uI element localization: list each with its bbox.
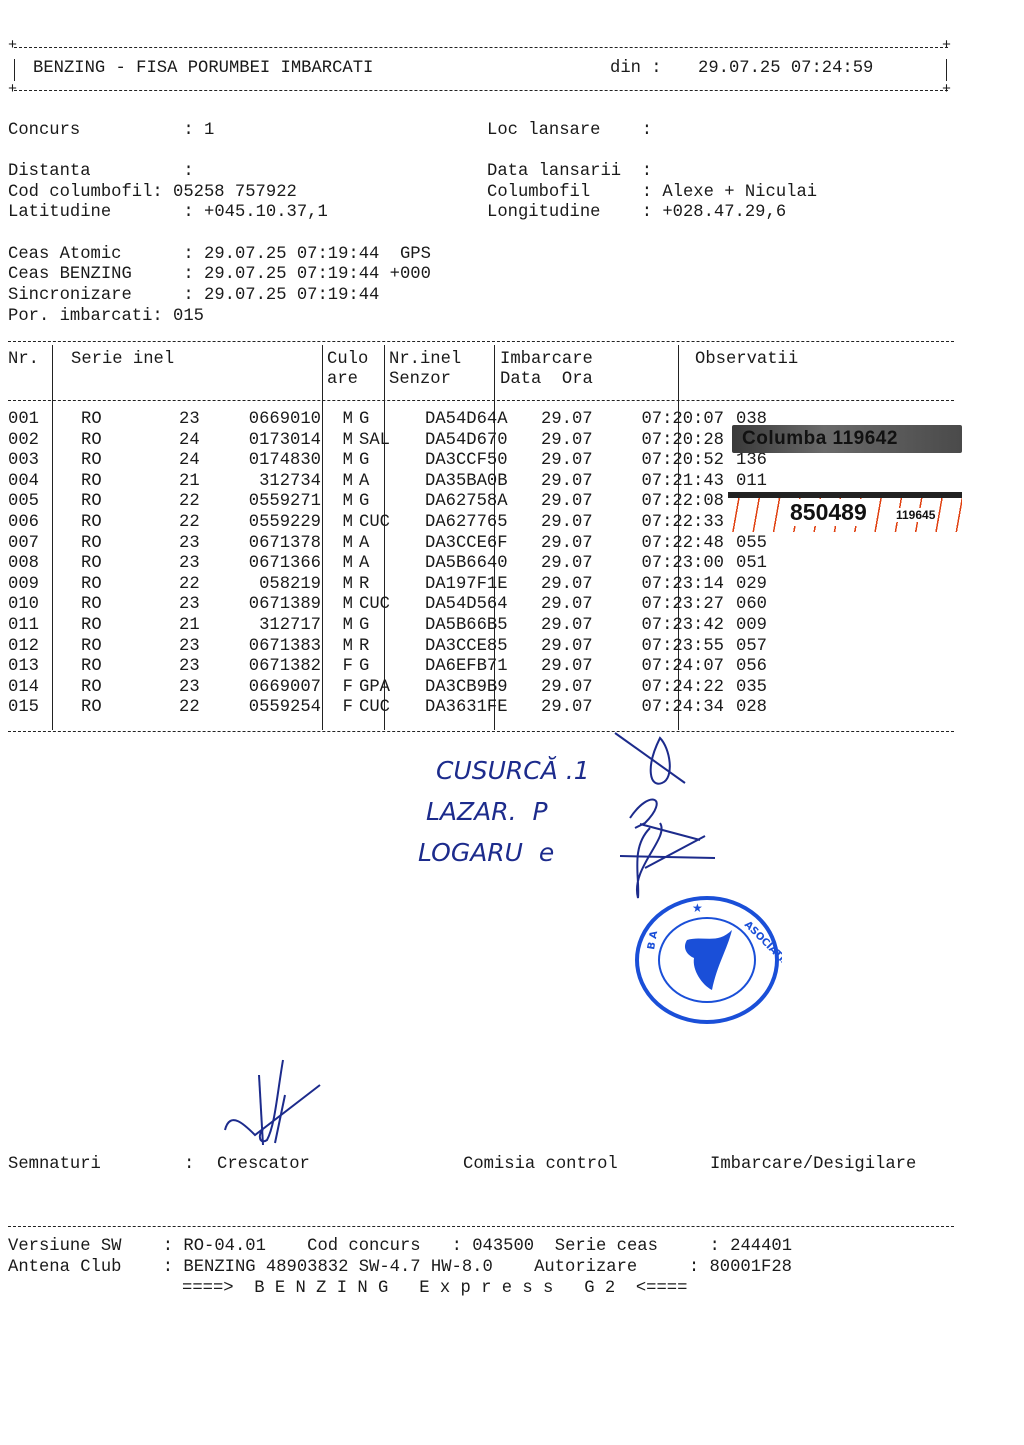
cell-country: RO (55, 472, 179, 493)
table-row: 013RO230671382FGDA6EFB7129.0707:24:07056 (8, 657, 786, 678)
footer-separator (8, 1226, 954, 1227)
cell-year: 21 (179, 616, 209, 637)
handwritten-line-3: LOGARU e (418, 838, 554, 867)
cell-ring: 0671378 (209, 534, 321, 555)
cell-ring: 312734 (209, 472, 321, 493)
cell-date: 29.07 (535, 637, 614, 658)
info-columbofil: Columbofil : Alexe + Niculai (487, 183, 817, 204)
col-header-observatii: Observatii (695, 350, 798, 371)
cell-country: RO (55, 657, 179, 678)
cell-time: 07:20:28 (614, 431, 730, 452)
cell-obs: 136 (730, 451, 786, 472)
cell-nr: 014 (8, 678, 55, 699)
cell-nr: 006 (8, 513, 55, 534)
cell-nr: 004 (8, 472, 55, 493)
cell-year: 23 (179, 657, 209, 678)
cell-color: CUC (353, 513, 421, 534)
cell-year: 21 (179, 472, 209, 493)
footer-version-row: Versiune SW : RO-04.01 Cod concurs : 043… (8, 1237, 792, 1258)
cell-country: RO (55, 534, 179, 555)
cell-obs: 035 (730, 678, 786, 699)
cell-ring: 0671382 (209, 657, 321, 678)
cell-date: 29.07 (535, 492, 614, 513)
signature-crescator-label: Crescator (217, 1155, 310, 1176)
crescator-signature-icon (215, 1055, 335, 1155)
cell-nr: 005 (8, 492, 55, 513)
header-corner: + (8, 41, 17, 51)
cell-color: A (353, 554, 421, 575)
seal-sticker-2-main: 850489 (790, 499, 867, 526)
handwritten-signatures-icon (590, 728, 730, 908)
header-corner: + (942, 41, 951, 51)
cell-nr: 002 (8, 431, 55, 452)
table-row: 012RO230671383MRDA3CCE8529.0707:23:55057 (8, 637, 786, 658)
cell-ring: 0669007 (209, 678, 321, 699)
cell-sensor: DA627765 (421, 513, 535, 534)
cell-ring: 0173014 (209, 431, 321, 452)
cell-color: G (353, 492, 421, 513)
cell-date: 29.07 (535, 472, 614, 493)
header-top-border (14, 47, 948, 48)
cell-time: 07:20:52 (614, 451, 730, 472)
cell-color: A (353, 472, 421, 493)
cell-ring: 0174830 (209, 451, 321, 472)
col-header-culoare: Culo (327, 350, 368, 371)
table-row: 015RO220559254FCUCDA3631FE29.0707:24:340… (8, 698, 786, 719)
cell-obs: 051 (730, 554, 786, 575)
clock-atomic: Ceas Atomic : 29.07.25 07:19:44 GPS (8, 245, 431, 266)
print-date-label: din : (610, 59, 662, 80)
seal-sticker-2: 850489 119645 (728, 492, 962, 532)
cell-sex: M (321, 554, 353, 575)
col-header-senzor: Nr.inel (389, 350, 461, 371)
cell-year: 22 (179, 698, 209, 719)
info-cod-columbofil: Cod columbofil: 05258 757922 (8, 183, 297, 204)
cell-sex: M (321, 595, 353, 616)
cell-ring: 312717 (209, 616, 321, 637)
cell-time: 07:23:14 (614, 575, 730, 596)
handwritten-line-2: LAZAR. P (426, 797, 548, 826)
cell-time: 07:22:48 (614, 534, 730, 555)
document-title: BENZING - FISA PORUMBEI IMBARCATI (33, 59, 373, 80)
cell-sensor: DA3CB9B9 (421, 678, 535, 699)
cell-year: 22 (179, 575, 209, 596)
cell-date: 29.07 (535, 534, 614, 555)
cell-year: 24 (179, 431, 209, 452)
col-header-imbarcare: Imbarcare (500, 350, 593, 371)
signature-imbarcare-label: Imbarcare/Desigilare (710, 1155, 916, 1176)
table-row: 003RO240174830MGDA3CCF5029.0707:20:52136 (8, 451, 786, 472)
table-row: 008RO230671366MADA5B664029.0707:23:00051 (8, 554, 786, 575)
cell-ring: 0559271 (209, 492, 321, 513)
cell-sensor: DA6EFB71 (421, 657, 535, 678)
cell-sex: M (321, 431, 353, 452)
cell-sensor: DA62758A (421, 492, 535, 513)
cell-sensor: DA197F1E (421, 575, 535, 596)
cell-country: RO (55, 451, 179, 472)
cell-sensor: DA3CCE85 (421, 637, 535, 658)
cell-date: 29.07 (535, 575, 614, 596)
seal-sticker-1-text: Columba 119642 (742, 428, 898, 450)
cell-obs: 028 (730, 698, 786, 719)
cell-sex: M (321, 492, 353, 513)
cell-obs: 009 (730, 616, 786, 637)
table-row: 006RO220559229MCUCDA62776529.0707:22:330… (8, 513, 786, 534)
cell-sensor: DA54D670 (421, 431, 535, 452)
info-latitudine: Latitudine : +045.10.37,1 (8, 203, 328, 224)
info-loc-lansare: Loc lansare : (487, 121, 662, 142)
cell-date: 29.07 (535, 698, 614, 719)
cell-nr: 009 (8, 575, 55, 596)
cell-obs: 060 (730, 595, 786, 616)
cell-sex: M (321, 472, 353, 493)
cell-obs: 055 (730, 534, 786, 555)
cell-sensor: DA3631FE (421, 698, 535, 719)
clock-sincronizare: Sincronizare : 29.07.25 07:19:44 (8, 286, 379, 307)
cell-color: R (353, 575, 421, 596)
svg-text:B A: B A (646, 930, 660, 951)
cell-year: 24 (179, 451, 209, 472)
cell-ring: 0559254 (209, 698, 321, 719)
cell-color: SAL (353, 431, 421, 452)
cell-nr: 003 (8, 451, 55, 472)
table-header-separator (8, 400, 954, 401)
handwritten-line-1: CUSURCĂ .1 (436, 756, 590, 785)
cell-sex: M (321, 575, 353, 596)
table-top-border (8, 341, 954, 342)
info-distanta: Distanta : (8, 162, 204, 183)
signature-comisia-label: Comisia control (463, 1155, 618, 1176)
cell-country: RO (55, 513, 179, 534)
cell-sex: M (321, 637, 353, 658)
info-longitudine: Longitudine : +028.47.29,6 (487, 203, 786, 224)
cell-ring: 0559229 (209, 513, 321, 534)
cell-date: 29.07 (535, 657, 614, 678)
cell-sensor: DA54D64A (421, 410, 535, 431)
cell-time: 07:20:07 (614, 410, 730, 431)
cell-date: 29.07 (535, 616, 614, 637)
cell-sensor: DA3CCE6F (421, 534, 535, 555)
cell-ring: 0671366 (209, 554, 321, 575)
cell-country: RO (55, 431, 179, 452)
cell-sensor: DA3CCF50 (421, 451, 535, 472)
cell-color: CUC (353, 595, 421, 616)
signatures-label: Semnaturi (8, 1155, 101, 1176)
header-bottom-border (14, 90, 948, 91)
col-header-serie: Serie inel (71, 350, 174, 371)
cell-color: G (353, 451, 421, 472)
cell-nr: 015 (8, 698, 55, 719)
cell-nr: 010 (8, 595, 55, 616)
pigeon-table: 001RO230669010MGDA54D64A29.0707:20:07038… (8, 410, 786, 719)
cell-sensor: DA35BA0B (421, 472, 535, 493)
cell-country: RO (55, 575, 179, 596)
cell-date: 29.07 (535, 554, 614, 575)
cell-sex: F (321, 657, 353, 678)
cell-time: 07:23:27 (614, 595, 730, 616)
cell-country: RO (55, 616, 179, 637)
cell-nr: 007 (8, 534, 55, 555)
cell-time: 07:24:22 (614, 678, 730, 699)
print-date-value: 29.07.25 07:24:59 (698, 59, 873, 80)
cell-nr: 012 (8, 637, 55, 658)
table-bottom-border (8, 731, 954, 732)
cell-date: 29.07 (535, 678, 614, 699)
cell-ring: 0671383 (209, 637, 321, 658)
cell-sex: M (321, 616, 353, 637)
cell-year: 23 (179, 595, 209, 616)
cell-time: 07:24:34 (614, 698, 730, 719)
cell-color: G (353, 616, 421, 637)
clock-benzing: Ceas BENZING : 29.07.25 07:19:44 +000 (8, 265, 431, 286)
cell-nr: 013 (8, 657, 55, 678)
col-header-senzor-2: Senzor (389, 370, 451, 391)
cell-sex: M (321, 534, 353, 555)
table-row: 011RO21312717MGDA5B66B529.0707:23:42009 (8, 616, 786, 637)
cell-country: RO (55, 595, 179, 616)
cell-ring: 0669010 (209, 410, 321, 431)
cell-country: RO (55, 554, 179, 575)
cell-year: 23 (179, 637, 209, 658)
cell-color: G (353, 657, 421, 678)
cell-country: RO (55, 698, 179, 719)
cell-year: 22 (179, 492, 209, 513)
table-row: 014RO230669007FGPADA3CB9B929.0707:24:220… (8, 678, 786, 699)
cell-sex: F (321, 678, 353, 699)
cell-sex: M (321, 410, 353, 431)
seal-sticker-2-sub: 119645 (896, 508, 935, 522)
cell-time: 07:24:07 (614, 657, 730, 678)
cell-time: 07:23:00 (614, 554, 730, 575)
cell-time: 07:22:33 (614, 513, 730, 534)
info-concurs: Concurs : 1 (8, 121, 214, 142)
cell-time: 07:23:42 (614, 616, 730, 637)
cell-date: 29.07 (535, 431, 614, 452)
cell-nr: 011 (8, 616, 55, 637)
footer-banner: ====> B E N Z I N G E x p r e s s G 2 <=… (182, 1279, 687, 1300)
svg-text:★: ★ (692, 901, 703, 915)
cell-sex: M (321, 451, 353, 472)
info-data-lansarii: Data lansarii : (487, 162, 662, 183)
table-row: 001RO230669010MGDA54D64A29.0707:20:07038 (8, 410, 786, 431)
table-row: 004RO21312734MADA35BA0B29.0707:21:43011 (8, 472, 786, 493)
cell-sensor: DA54D564 (421, 595, 535, 616)
cell-time: 07:21:43 (614, 472, 730, 493)
cell-year: 23 (179, 678, 209, 699)
cell-date: 29.07 (535, 513, 614, 534)
cell-obs: 056 (730, 657, 786, 678)
pigeons-boarded: Por. imbarcati: 015 (8, 307, 204, 328)
header-corner: + (942, 85, 951, 95)
table-row: 010RO230671389MCUCDA54D56429.0707:23:270… (8, 595, 786, 616)
cell-date: 29.07 (535, 410, 614, 431)
association-stamp-icon: ASOCIATIA C B A ★ (632, 890, 782, 1030)
cell-date: 29.07 (535, 451, 614, 472)
cell-nr: 008 (8, 554, 55, 575)
cell-obs: 057 (730, 637, 786, 658)
cell-color: G (353, 410, 421, 431)
cell-time: 07:22:08 (614, 492, 730, 513)
col-header-culoare-2: are (327, 370, 358, 391)
cell-obs: 011 (730, 472, 786, 493)
col-header-nr: Nr. (8, 350, 39, 371)
header-left-border (14, 59, 15, 81)
cell-sex: F (321, 698, 353, 719)
cell-ring: 0671389 (209, 595, 321, 616)
cell-country: RO (55, 637, 179, 658)
table-row: 007RO230671378MADA3CCE6F29.0707:22:48055 (8, 534, 786, 555)
cell-year: 22 (179, 513, 209, 534)
cell-nr: 001 (8, 410, 55, 431)
cell-color: R (353, 637, 421, 658)
col-header-data-ora: Data Ora (500, 370, 593, 391)
header-corner: + (8, 85, 17, 95)
cell-year: 23 (179, 534, 209, 555)
cell-country: RO (55, 492, 179, 513)
cell-ring: 058219 (209, 575, 321, 596)
footer-antena-row: Antena Club : BENZING 48903832 SW-4.7 HW… (8, 1258, 792, 1279)
cell-color: CUC (353, 698, 421, 719)
cell-time: 07:23:55 (614, 637, 730, 658)
cell-sex: M (321, 513, 353, 534)
cell-color: GPA (353, 678, 421, 699)
cell-year: 23 (179, 410, 209, 431)
cell-year: 23 (179, 554, 209, 575)
table-row: 009RO22058219MRDA197F1E29.0707:23:14029 (8, 575, 786, 596)
cell-sensor: DA5B6640 (421, 554, 535, 575)
table-row: 005RO220559271MGDA62758A29.0707:22:08024 (8, 492, 786, 513)
signatures-sep: : (184, 1155, 194, 1176)
cell-date: 29.07 (535, 595, 614, 616)
cell-obs: 029 (730, 575, 786, 596)
table-row: 002RO240173014MSALDA54D67029.0707:20:280… (8, 431, 786, 452)
seal-sticker-1: Columba 119642 (732, 425, 962, 453)
cell-country: RO (55, 678, 179, 699)
cell-sensor: DA5B66B5 (421, 616, 535, 637)
cell-color: A (353, 534, 421, 555)
header-right-border (946, 59, 947, 81)
cell-country: RO (55, 410, 179, 431)
